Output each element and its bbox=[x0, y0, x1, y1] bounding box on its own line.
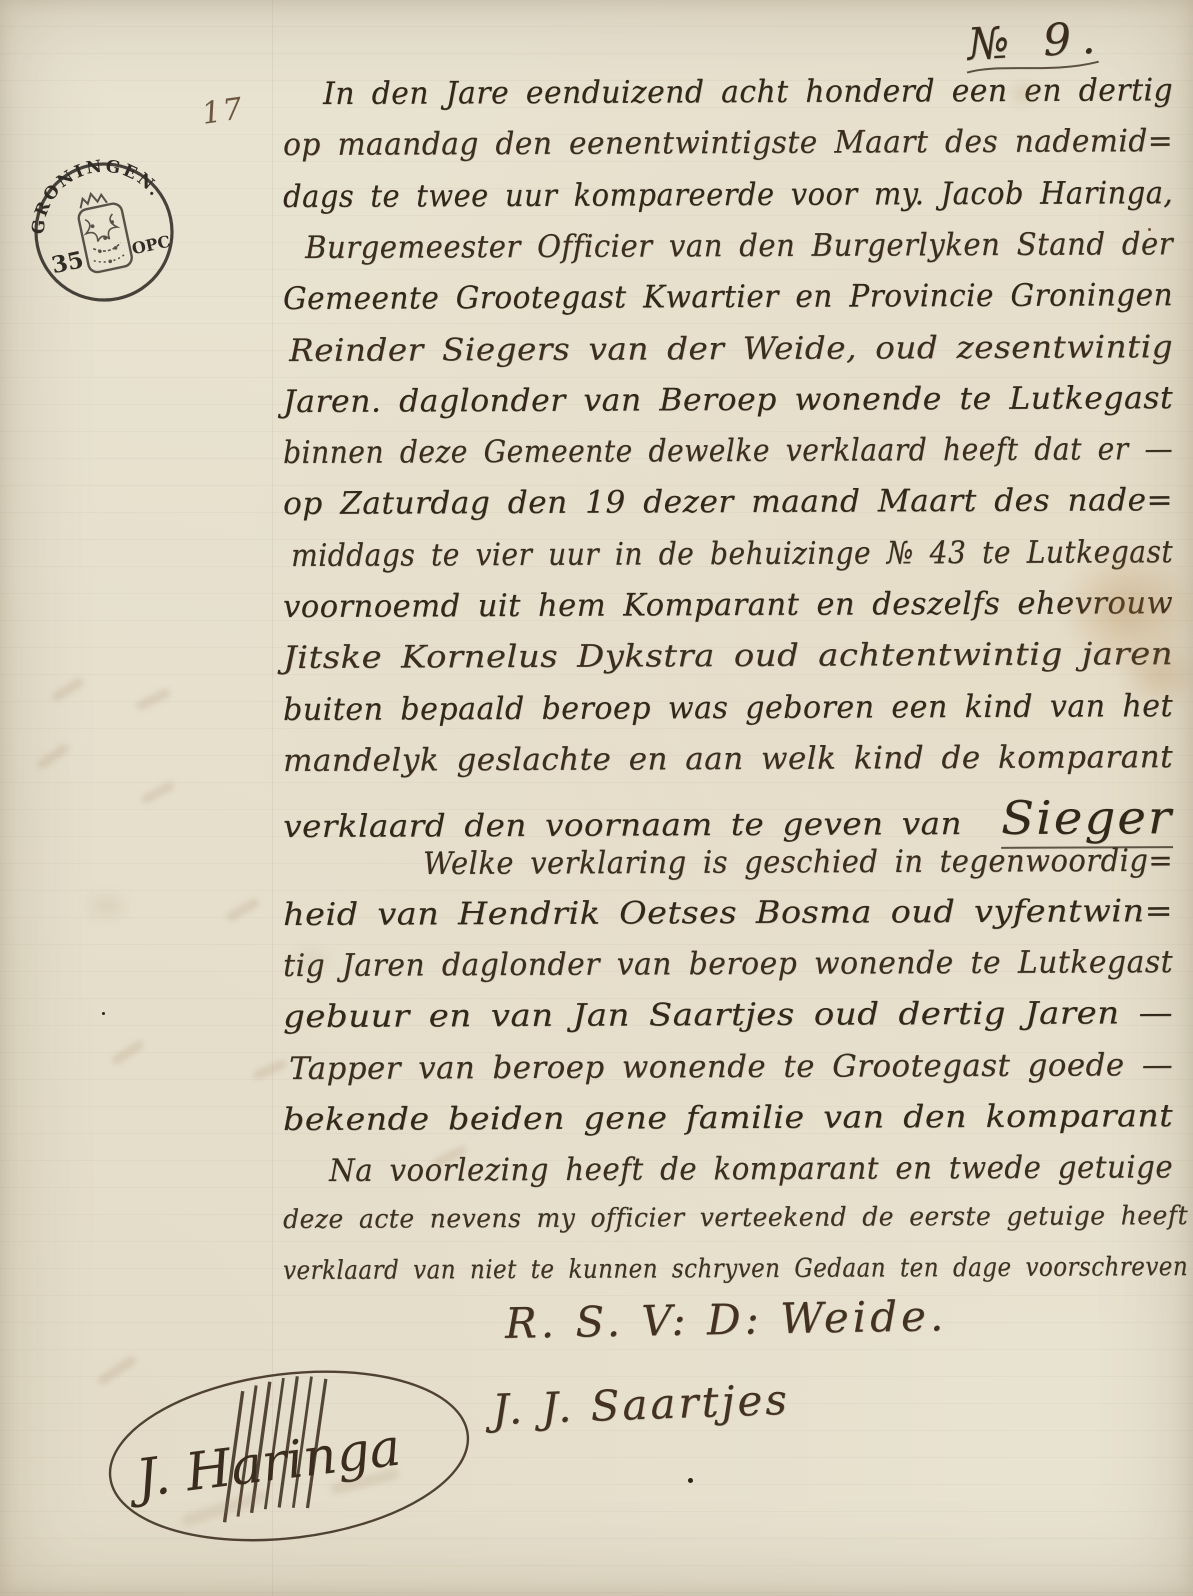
svg-text:GRONINGEN.: GRONINGEN. bbox=[26, 150, 170, 239]
manuscript-line-text: buiten bepaald beroep was geboren een ki… bbox=[283, 688, 1173, 728]
manuscript-line-text: bekende beiden gene familie van den komp… bbox=[283, 1098, 1173, 1138]
manuscript-line-text: Jaren. daglonder van Beroep wonende te L… bbox=[283, 380, 1173, 420]
manuscript-line: binnen deze Gemeente dewelke verklaard h… bbox=[283, 431, 1173, 487]
manuscript-line: Reinder Siegers van der Weide, oud zesen… bbox=[289, 329, 1173, 385]
manuscript-line-text: binnen deze Gemeente dewelke verklaard h… bbox=[283, 431, 1173, 471]
manuscript-line-text: verklaard van niet te kunnen schryven Ge… bbox=[283, 1252, 1188, 1286]
manuscript-line-text: deze acte nevens my officier verteekend … bbox=[283, 1201, 1188, 1235]
given-name-emphasis: Sieger bbox=[1001, 790, 1173, 849]
stamp-right-text: OPC bbox=[130, 232, 172, 259]
officer-signature: J. Haringa bbox=[88, 1328, 488, 1568]
manuscript-line: Burgemeester Officier van den Burgerlyke… bbox=[305, 226, 1173, 282]
manuscript-line-text: op maandag den eenentwintigste Maart des… bbox=[283, 123, 1173, 163]
manuscript-line-text: Tapper van beroep wonende te Grootegast … bbox=[289, 1047, 1173, 1087]
manuscript-line-text: heid van Hendrik Oetses Bosma oud vyfent… bbox=[283, 893, 1173, 933]
document-page: GRONINGEN. 35 OPC 17 № 9. In den Jare ee… bbox=[0, 0, 1193, 1596]
manuscript-line-text: middags te vier uur in de behuizinge № 4… bbox=[291, 534, 1173, 574]
stamp-left-text: 35 bbox=[49, 246, 86, 279]
manuscript-line: tig Jaren daglonder van beroep wonende t… bbox=[283, 944, 1173, 1000]
manuscript-line-text: Welke verklaring is geschied in tegenwoo… bbox=[423, 842, 1173, 881]
manuscript-line: Tapper van beroep wonende te Grootegast … bbox=[289, 1047, 1173, 1103]
manuscript-line: middags te vier uur in de behuizinge № 4… bbox=[291, 534, 1173, 590]
manuscript-line-text: op Zaturdag den 19 dezer maand Maart des… bbox=[283, 483, 1173, 523]
manuscript-line: Jaren. daglonder van Beroep wonende te L… bbox=[283, 380, 1173, 436]
manuscript-line: buiten bepaald beroep was geboren een ki… bbox=[283, 688, 1173, 744]
manuscript-line: Na voorlezing heeft de komparant en twed… bbox=[329, 1150, 1173, 1206]
manuscript-line-text: Burgemeester Officier van den Burgerlyke… bbox=[305, 226, 1173, 266]
manuscript-line-text: dags te twee uur kompareerde voor my. Ja… bbox=[283, 175, 1173, 215]
manuscript-line: Jitske Kornelus Dykstra oud achtentwinti… bbox=[283, 636, 1173, 692]
manuscript-line: bekende beiden gene familie van den komp… bbox=[283, 1098, 1173, 1154]
manuscript-line: deze acte nevens my officier verteekend … bbox=[283, 1201, 1188, 1257]
manuscript-line-text: Reinder Siegers van der Weide, oud zesen… bbox=[289, 329, 1173, 369]
manuscript-line: In den Jare eenduizend acht honderd een … bbox=[323, 72, 1173, 128]
manuscript-line: op Zaturdag den 19 dezer maand Maart des… bbox=[283, 483, 1173, 539]
witness-signature: J. J. Saartjes bbox=[491, 1375, 790, 1434]
manuscript-line-text: gebuur en van Jan Saartjes oud dertig Ja… bbox=[283, 996, 1173, 1036]
manuscript-line: voornoemd uit hem Komparant en deszelfs … bbox=[283, 585, 1173, 641]
manuscript-line: op maandag den eenentwintigste Maart des… bbox=[283, 123, 1173, 179]
manuscript-line: heid van Hendrik Oetses Bosma oud vyfent… bbox=[283, 893, 1173, 949]
declarant-signature: R. S. V: D: Weide. bbox=[505, 1291, 948, 1348]
manuscript-line: gebuur en van Jan Saartjes oud dertig Ja… bbox=[283, 996, 1173, 1052]
manuscript-line-text: In den Jare eenduizend acht honderd een … bbox=[323, 72, 1173, 112]
manuscript-line: dags te twee uur kompareerde voor my. Ja… bbox=[283, 175, 1173, 231]
manuscript-line: mandelyk geslachte en aan welk kind de k… bbox=[283, 739, 1173, 795]
stamp-arc-text: GRONINGEN. bbox=[26, 150, 170, 239]
manuscript-line-text: Jitske Kornelus Dykstra oud achtentwinti… bbox=[283, 636, 1173, 676]
margin-number: 17 bbox=[200, 91, 247, 132]
manuscript-line-text: tig Jaren daglonder van beroep wonende t… bbox=[283, 944, 1173, 984]
groningen-stamp: GRONINGEN. 35 OPC bbox=[26, 150, 182, 312]
manuscript-line-text: mandelyk geslachte en aan welk kind de k… bbox=[283, 739, 1173, 779]
manuscript-line: Gemeente Grootegast Kwartier en Provinci… bbox=[283, 277, 1173, 333]
manuscript-line-text: Gemeente Grootegast Kwartier en Provinci… bbox=[283, 277, 1173, 317]
manuscript-line-text: verklaard den voornaam te geven van bbox=[283, 806, 980, 845]
manuscript-line-text: voornoemd uit hem Komparant en deszelfs … bbox=[283, 585, 1173, 625]
manuscript-line: Welke verklaring is geschied in tegenwoo… bbox=[423, 842, 1173, 897]
manuscript-line-text: Na voorlezing heeft de komparant en twed… bbox=[329, 1150, 1173, 1190]
manuscript-line: verklaard den voornaam te geven van Sieg… bbox=[283, 790, 1173, 846]
